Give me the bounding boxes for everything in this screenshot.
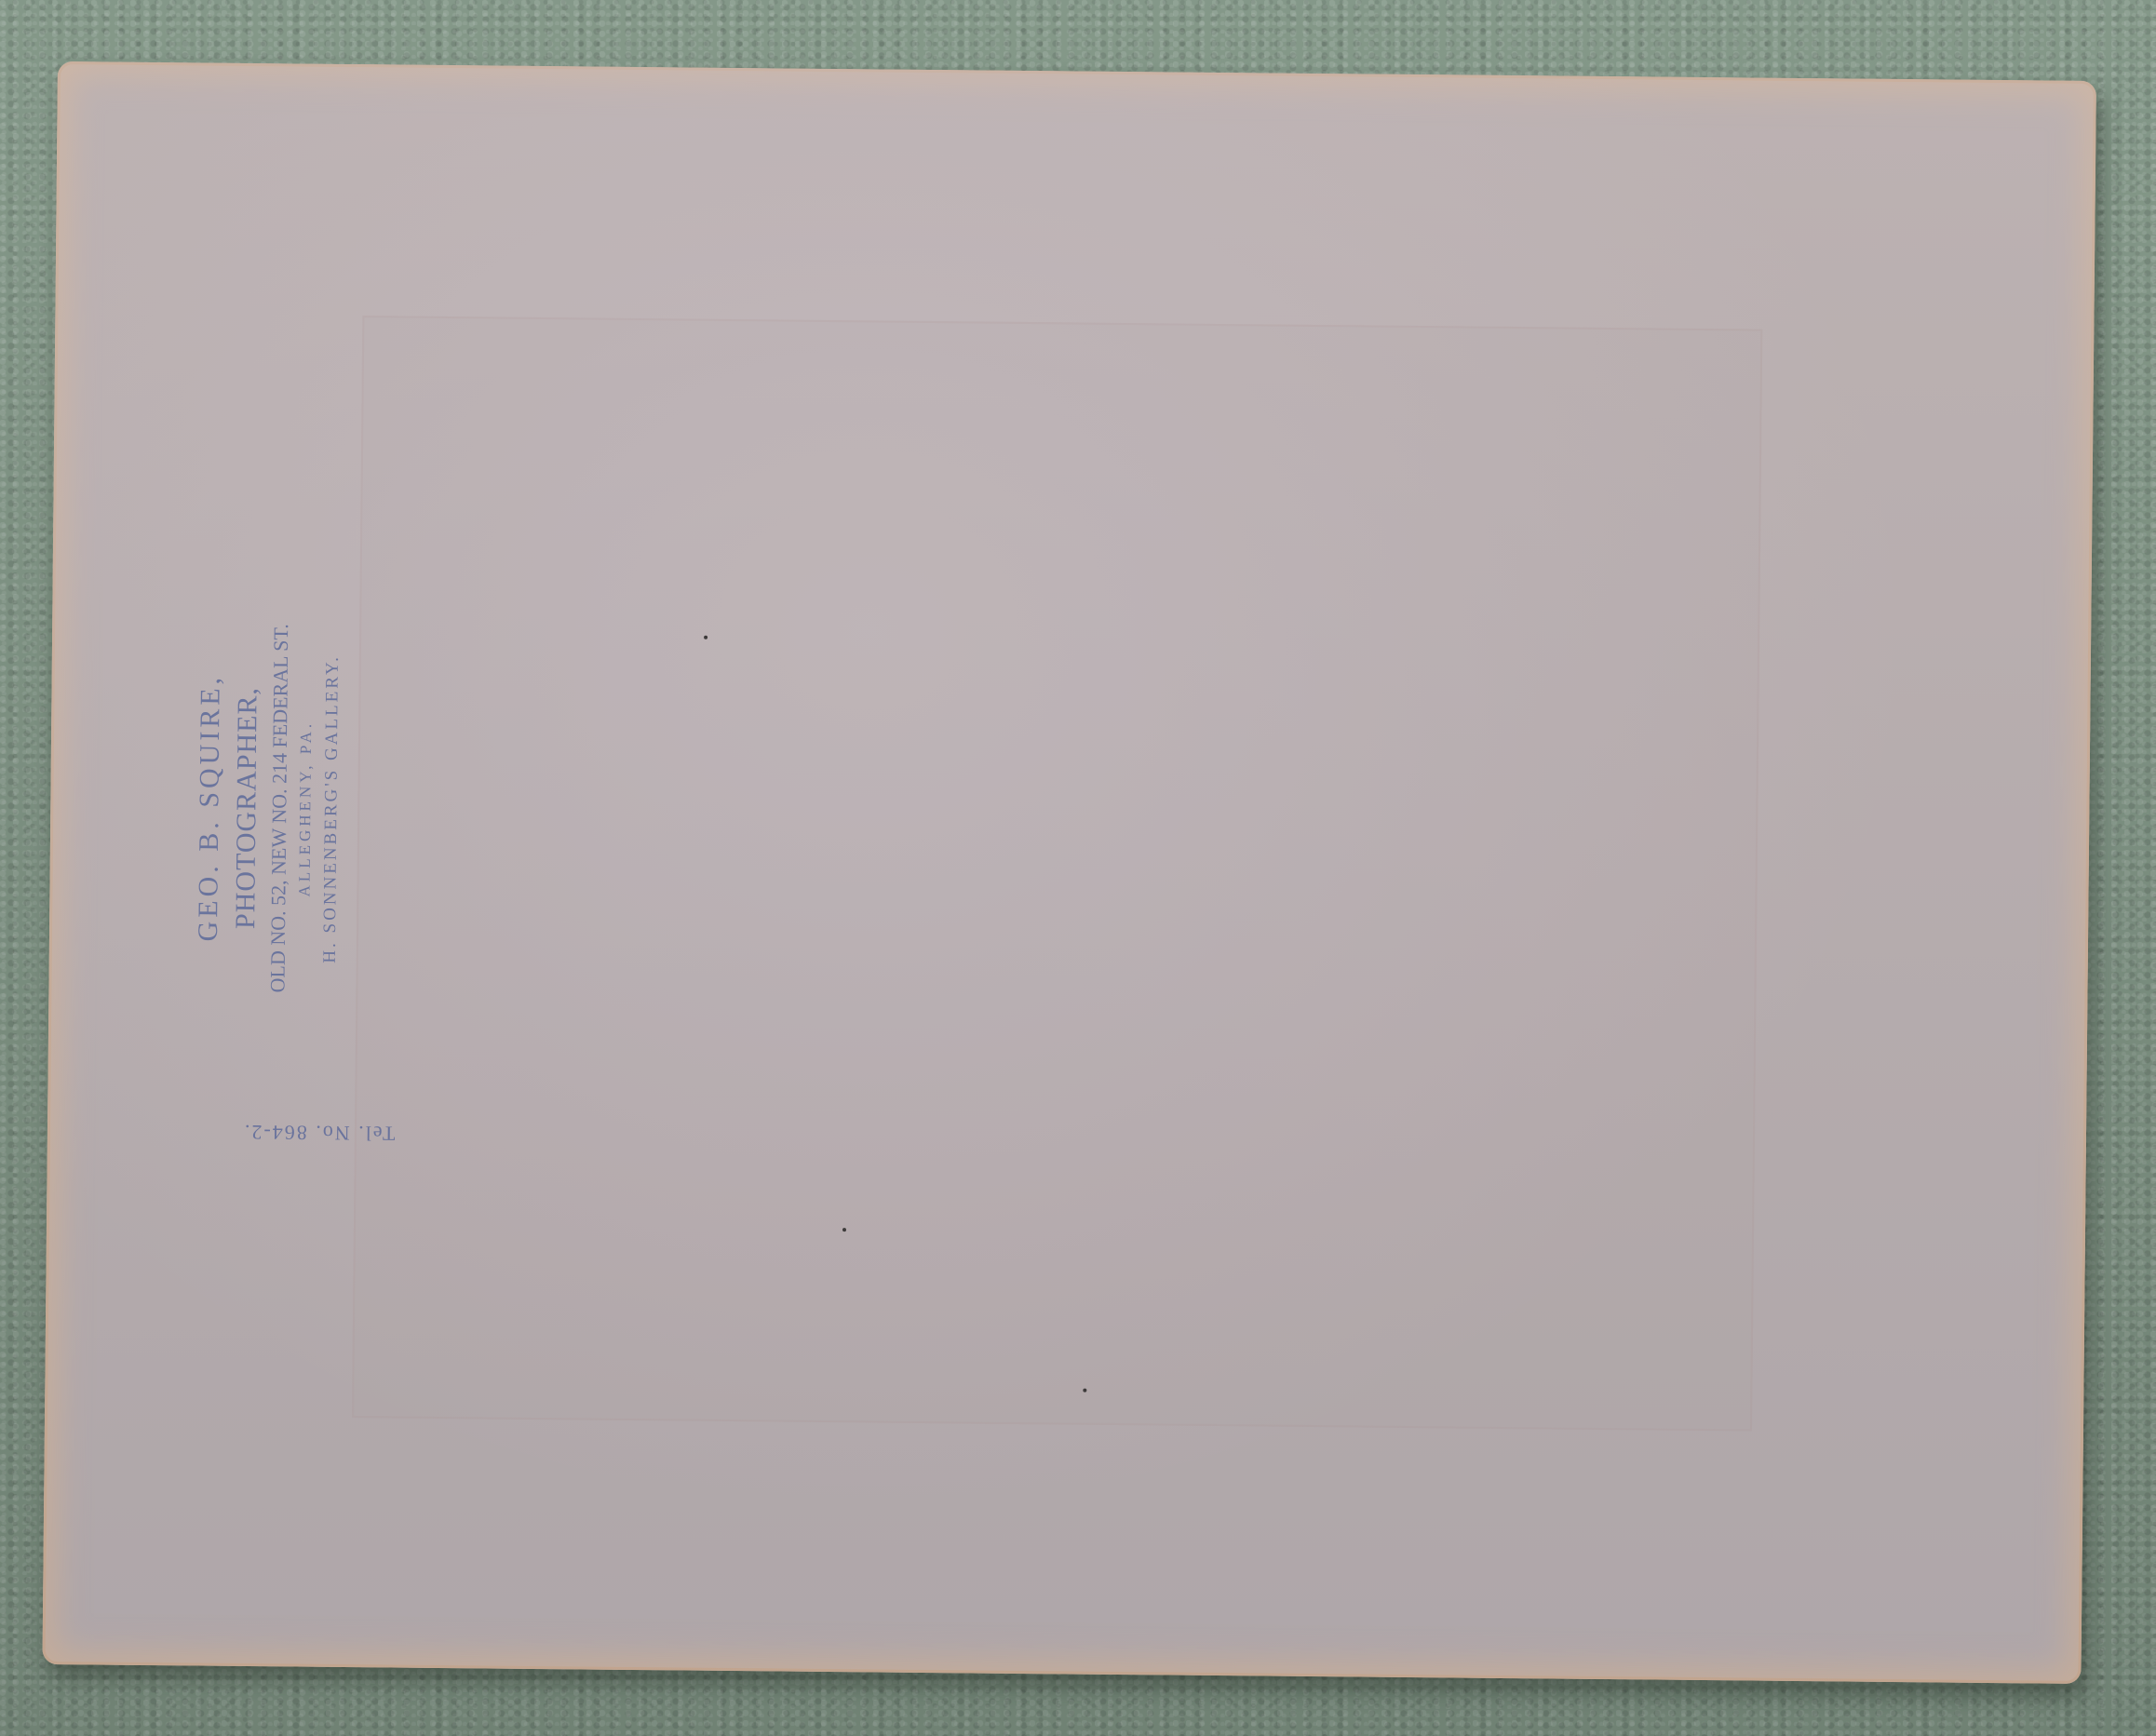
telephone-number: Tel. No. 864-2.: [243, 1120, 396, 1146]
speck: [842, 1228, 846, 1231]
print-ghost-outline: [352, 316, 1762, 1431]
speck: [1083, 1389, 1086, 1393]
stamp-title: PHOTOGRAPHER,: [226, 510, 267, 1106]
photographer-stamp: GEO. B. SQUIRE, PHOTOGRAPHER, OLD NO. 52…: [187, 509, 349, 1107]
cabinet-card-back: GEO. B. SQUIRE, PHOTOGRAPHER, OLD NO. 52…: [42, 61, 2095, 1684]
stamp-gallery: H. SONNENBERG'S GALLERY.: [314, 511, 349, 1107]
speck: [704, 636, 707, 639]
stamp-name: GEO. B. SQUIRE,: [187, 509, 232, 1105]
